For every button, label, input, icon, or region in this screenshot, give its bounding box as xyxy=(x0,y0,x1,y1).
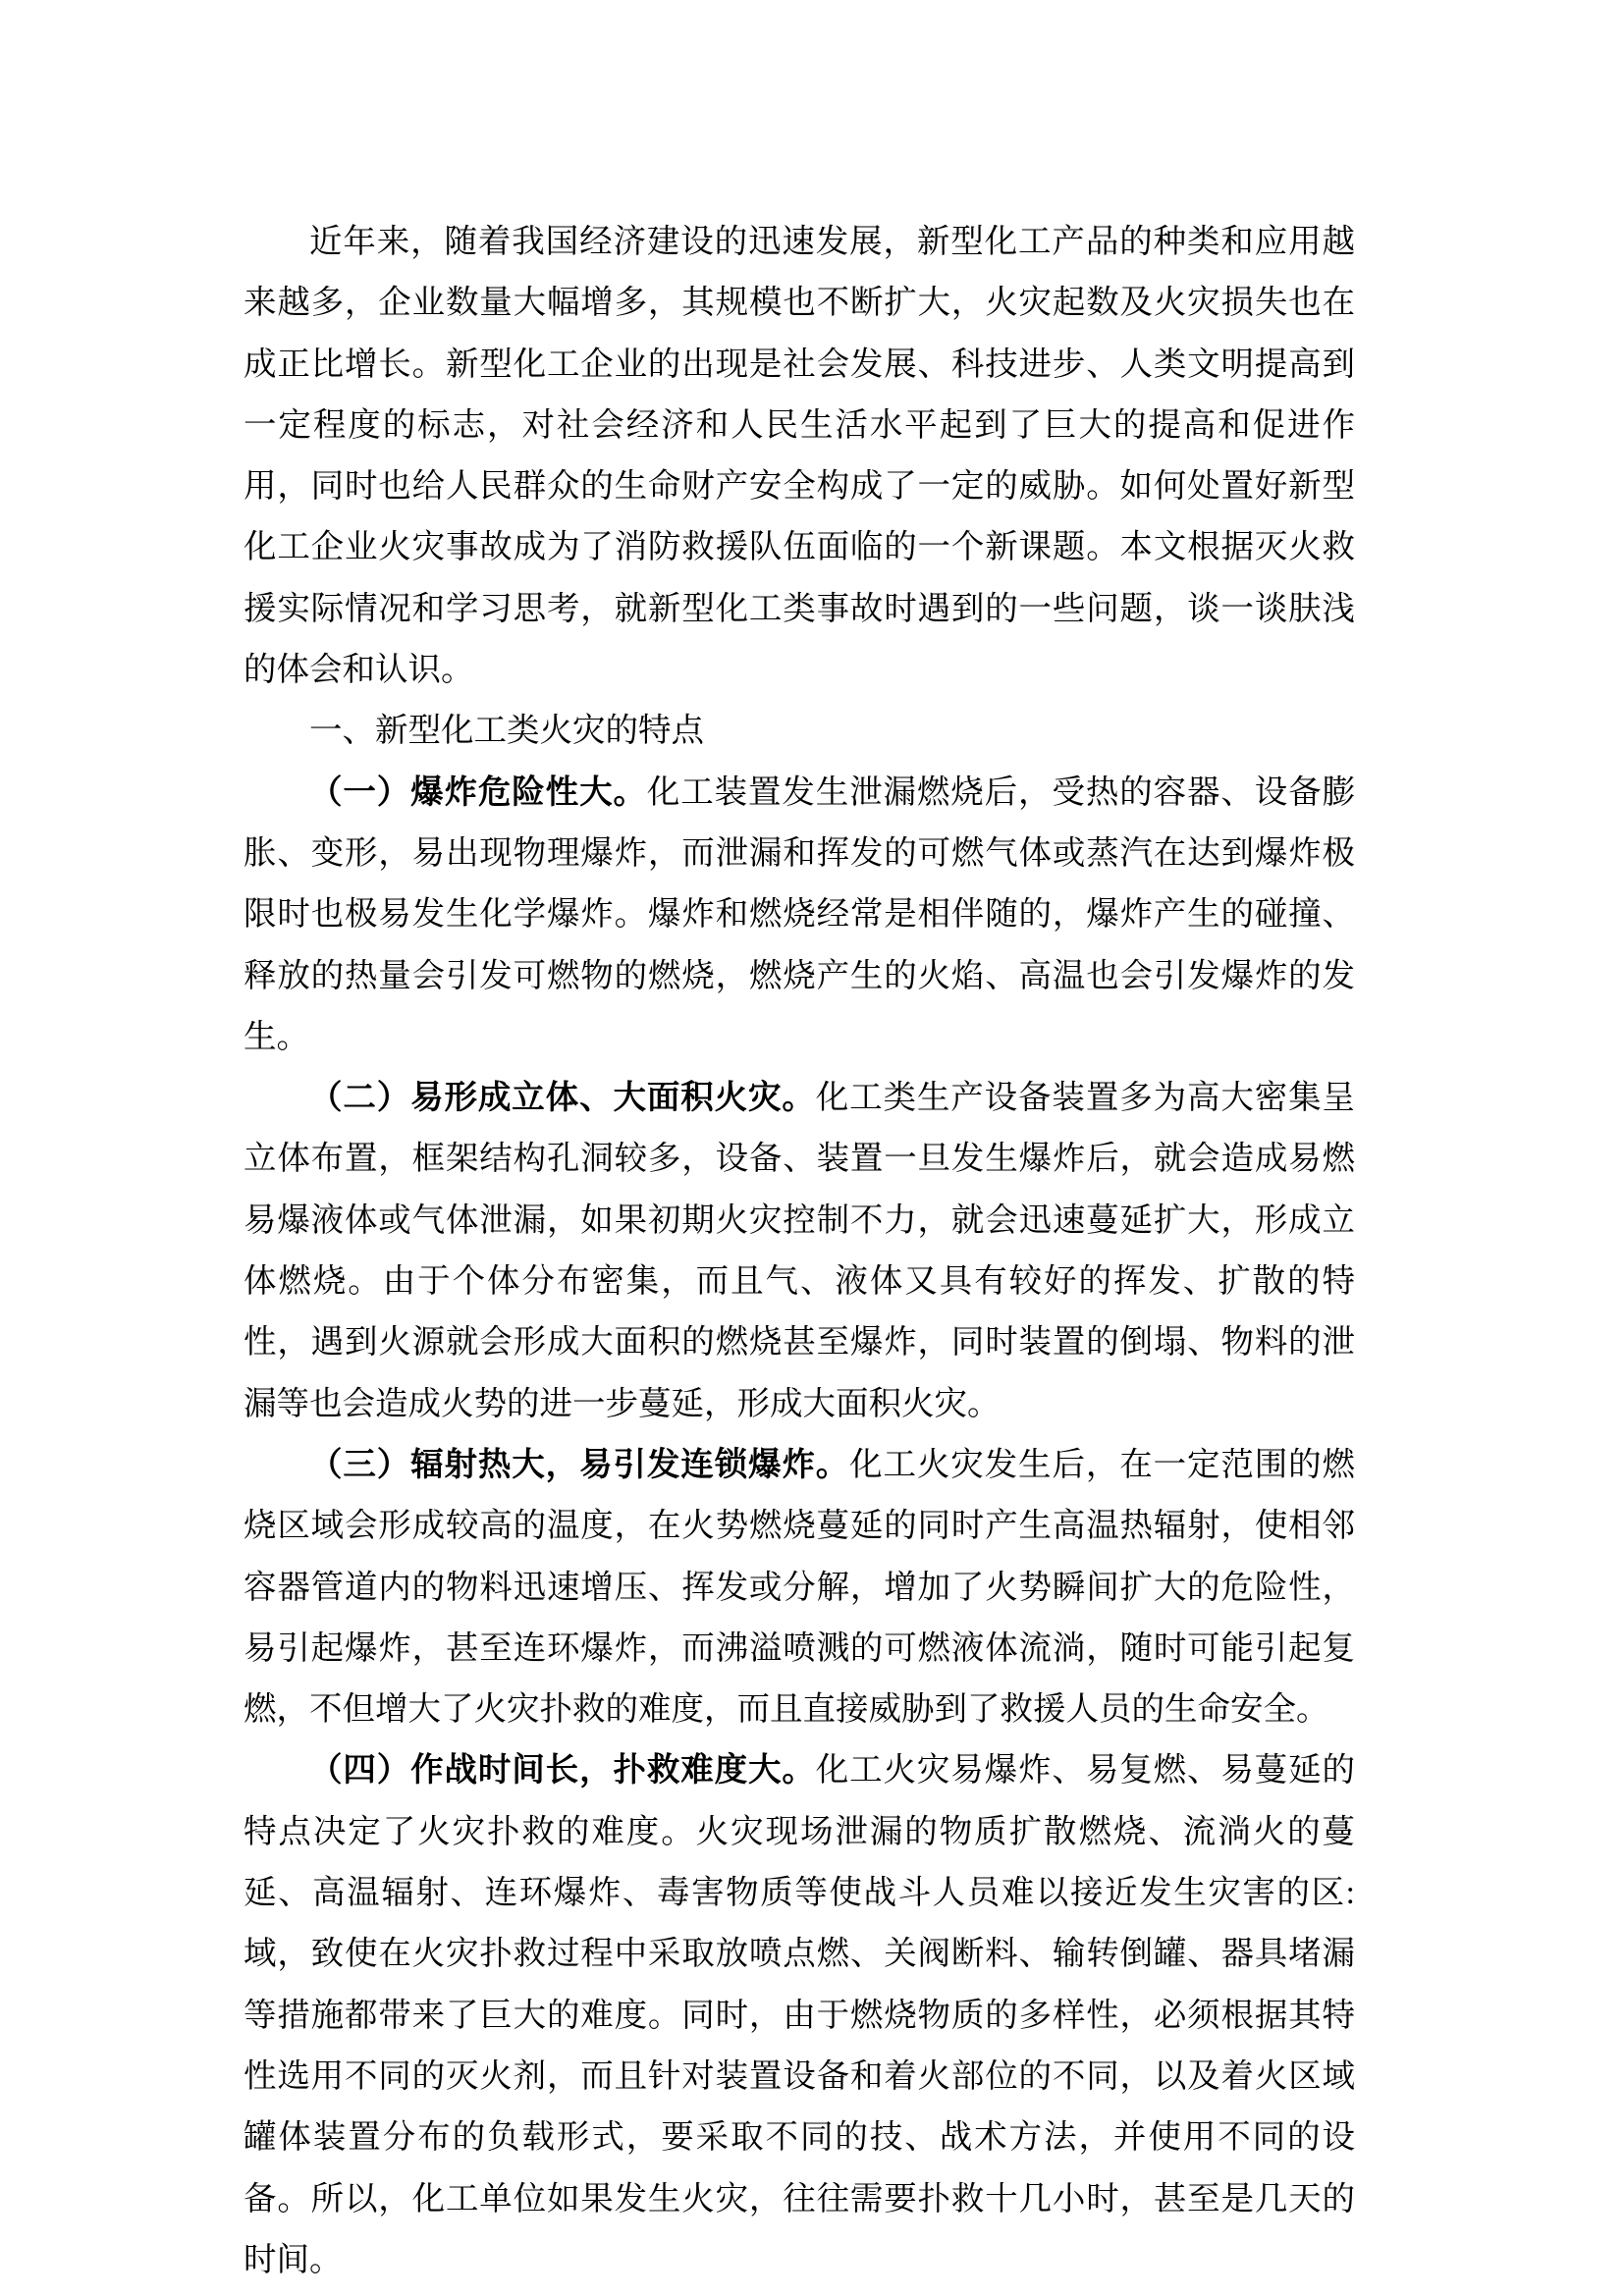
paragraph-point-1: （一）爆炸危险性大。化工装置发生泄漏燃烧后，受热的容器、设备膨胀、变形，易出现物… xyxy=(244,763,1355,1068)
paragraph-point-2: （二）易形成立体、大面积火灾。化工类生产设备装置多为高大密集呈立体布置，框架结构… xyxy=(244,1068,1355,1435)
paragraph-point-2-lead: （二）易形成立体、大面积火灾。 xyxy=(309,1080,816,1116)
paragraph-point-4: （四）作战时间长，扑救难度大。化工火灾易爆炸、易复燃、易蔓延的特点决定了火灾扑救… xyxy=(244,1740,1355,2291)
paragraph-intro: 近年来，随着我国经济建设的迅速发展，新型化工产品的种类和应用越来越多，企业数量大… xyxy=(244,212,1355,701)
document-text-block: 近年来，随着我国经济建设的迅速发展，新型化工产品的种类和应用越来越多，企业数量大… xyxy=(244,212,1355,2291)
paragraph-point-2-text: 化工类生产设备装置多为高大密集呈立体布置，框架结构孔洞较多，设备、装置一旦发生爆… xyxy=(244,1080,1355,1421)
paragraph-point-1-lead: （一）爆炸危险性大。 xyxy=(309,774,647,811)
paragraph-point-3: （三）辐射热大，易引发连锁爆炸。化工火灾发生后，在一定范围的燃烧区域会形成较高的… xyxy=(244,1435,1355,1740)
paragraph-point-4-text: 化工火灾易爆炸、易复燃、易蔓延的特点决定了火灾扑救的难度。火灾现场泄漏的物质扩散… xyxy=(244,1752,1355,2277)
section-heading-fire-characteristics: 一、新型化工类火灾的特点 xyxy=(244,701,1355,762)
paragraph-point-1-text: 化工装置发生泄漏燃烧后，受热的容器、设备膨胀、变形，易出现物理爆炸，而泄漏和挥发… xyxy=(244,774,1355,1055)
paragraph-point-4-lead: （四）作战时间长，扑救难度大。 xyxy=(309,1752,816,1789)
paragraph-point-3-text: 化工火灾发生后，在一定范围的燃烧区域会形成较高的温度，在火势燃烧蔓延的同时产生高… xyxy=(244,1447,1355,1728)
paragraph-point-3-lead: （三）辐射热大，易引发连锁爆炸。 xyxy=(309,1447,849,1483)
document-page: 近年来，随着我国经济建设的迅速发展，新型化工产品的种类和应用越来越多，企业数量大… xyxy=(0,0,1624,2296)
